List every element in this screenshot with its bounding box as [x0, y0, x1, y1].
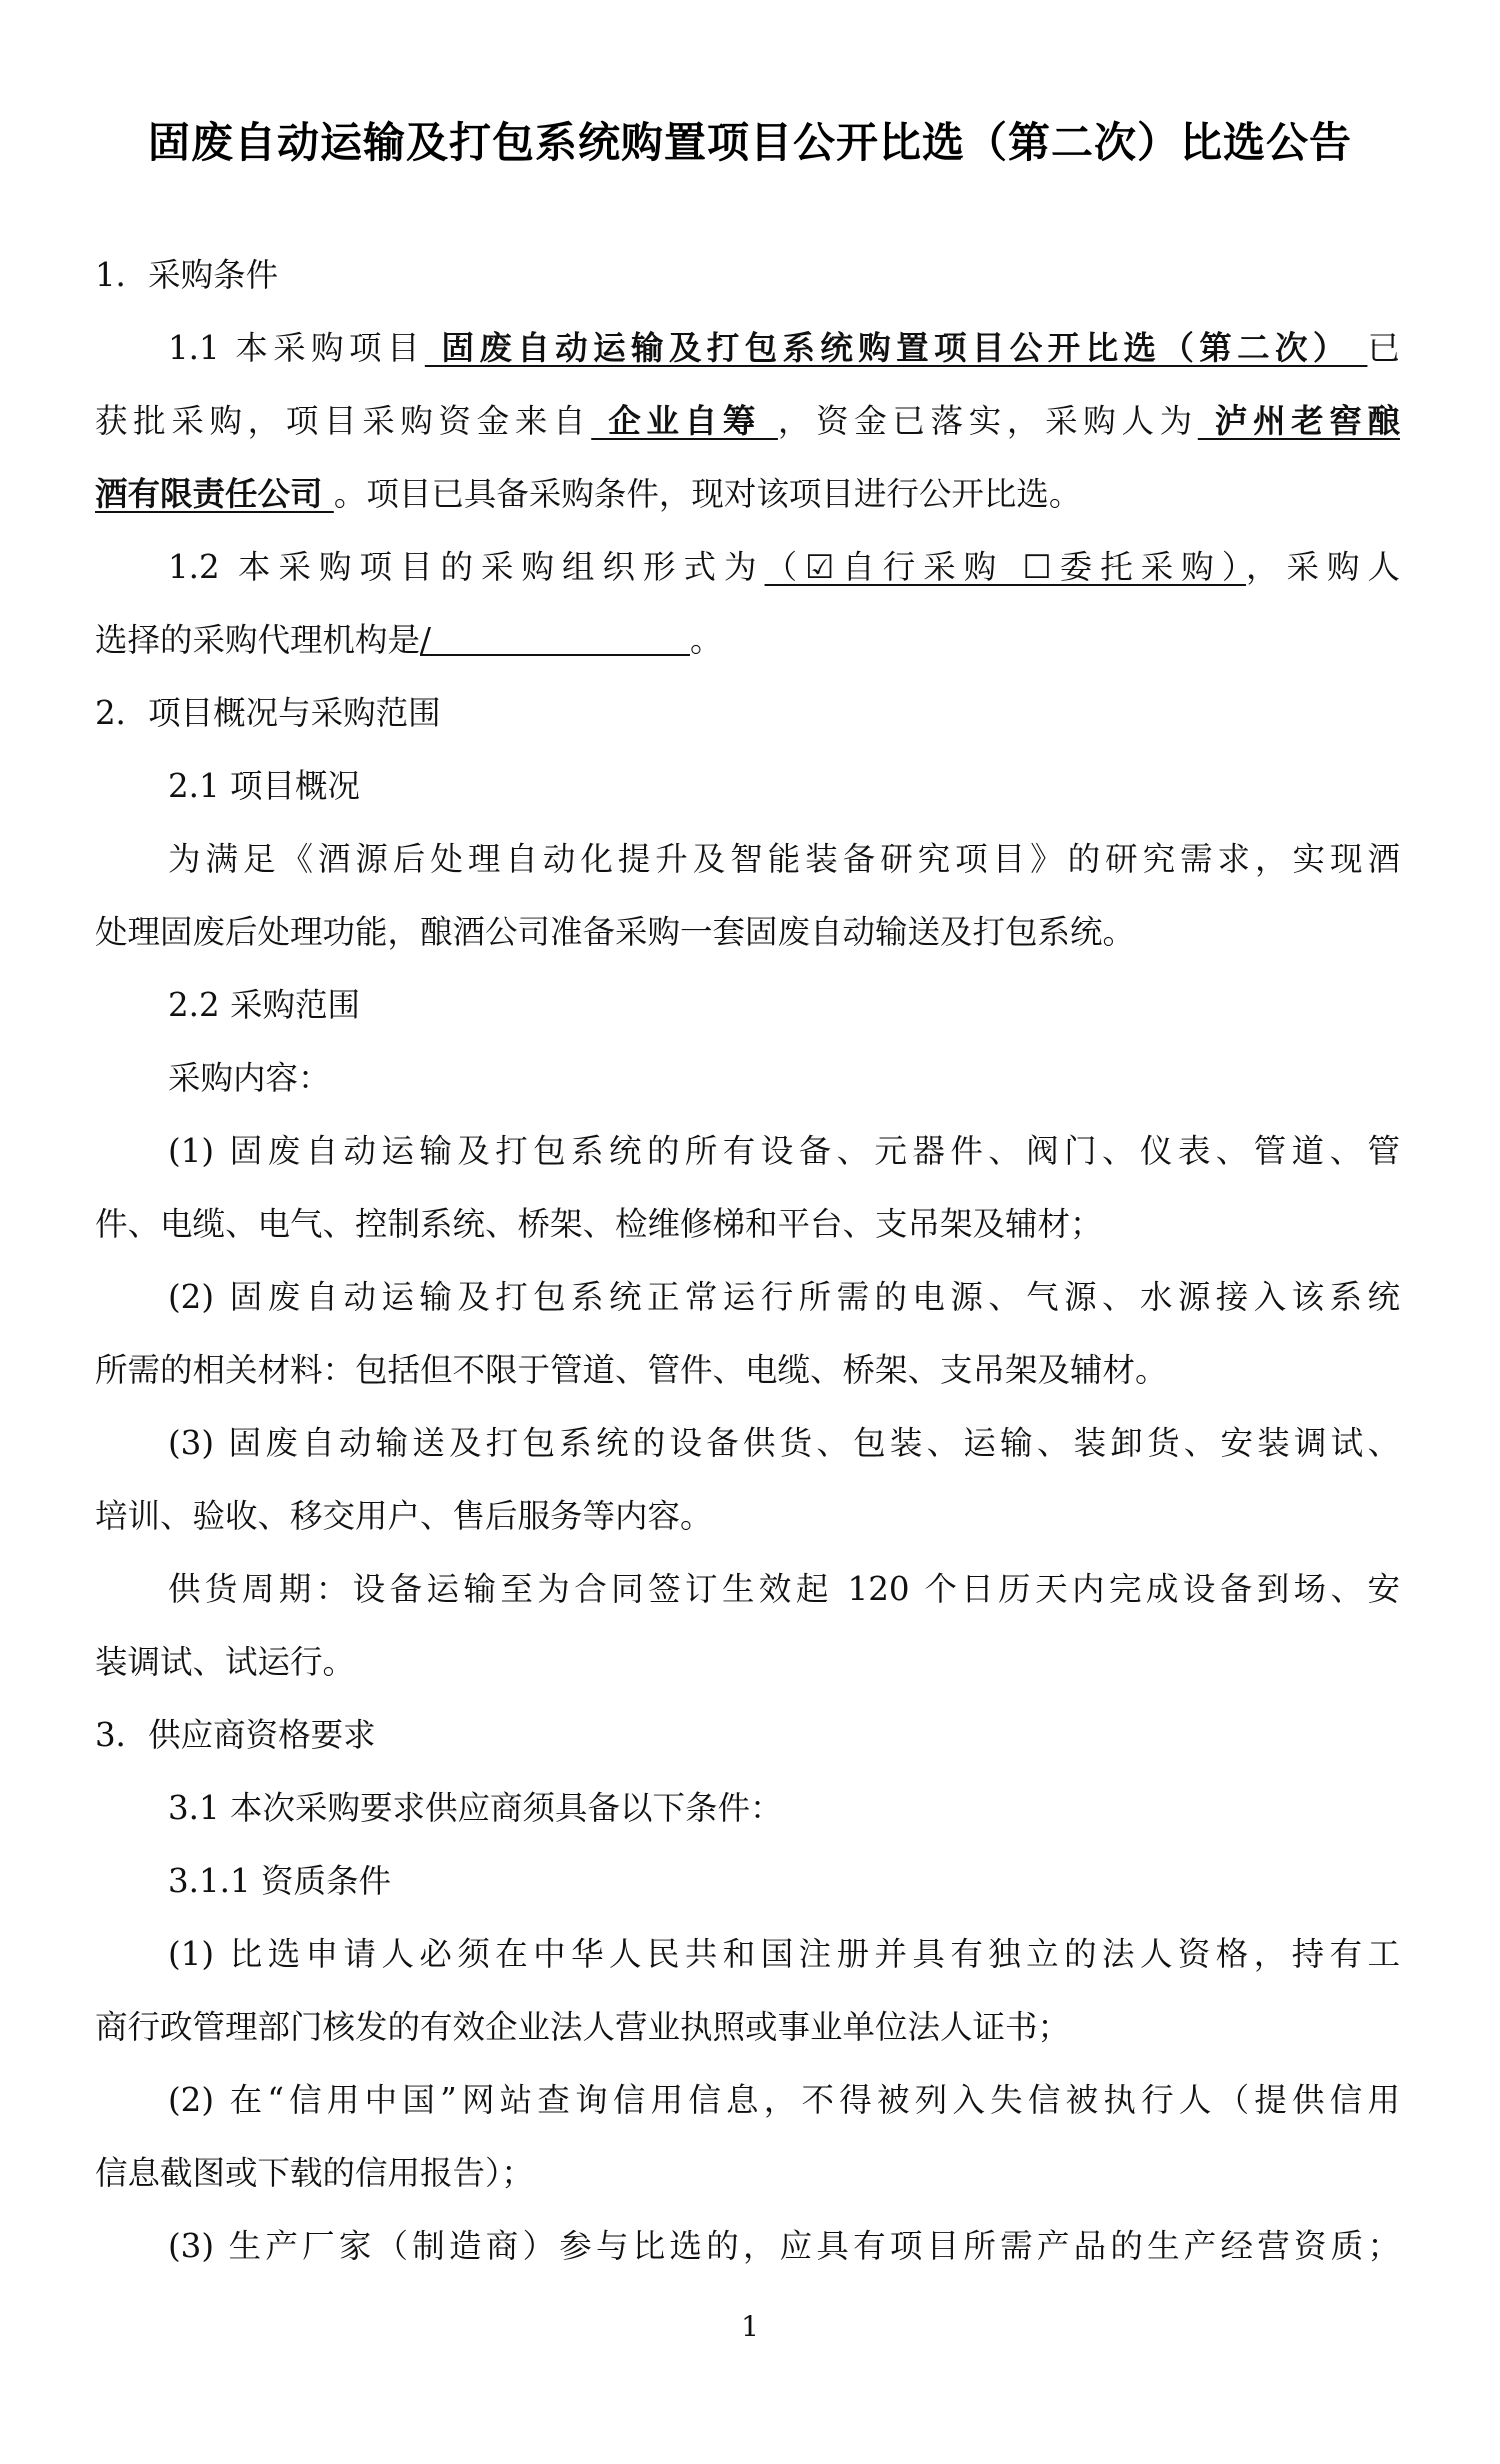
project-name-field: 固废自动运输及打包系统购置项目公开比选（第二次）	[425, 329, 1368, 367]
scope-item-1-line2: 件、电缆、电气、控制系统、桥架、检维修梯和平台、支吊架及辅材；	[95, 1202, 1400, 1246]
subheading-3-1-1: 3.1.1 资质条件	[168, 1859, 1400, 1903]
scope-item-3-line1: (3) 固废自动输送及打包系统的设备供货、包装、运输、装卸货、安装调试、	[168, 1421, 1400, 1465]
paragraph-1-1-line2: 获批采购，项目采购资金来自 企业自筹 ，资金已落实，采购人为 泸州老窖酿	[95, 399, 1400, 443]
subheading-2-1: 2.1 项目概况	[168, 764, 1400, 808]
scope-item-2-line2: 所需的相关材料：包括但不限于管道、管件、电缆、桥架、支吊架及辅材。	[95, 1348, 1400, 1392]
scope-item-3-line2: 培训、验收、移交用户、售后服务等内容。	[95, 1494, 1400, 1538]
content-label: 采购内容：	[168, 1056, 1400, 1100]
text: ，资金已落实，采购人为	[778, 402, 1198, 440]
delivery-period-line1: 供货周期：设备运输至为合同签订生效起 120 个日历天内完成设备到场、安	[168, 1567, 1400, 1611]
text: 选择的采购代理机构是	[95, 621, 420, 659]
section-heading-3: 3．供应商资格要求	[95, 1713, 1400, 1757]
section-heading-2: 2．项目概况与采购范围	[95, 691, 1400, 735]
paragraph-1-2-line2: 选择的采购代理机构是/。	[95, 618, 1400, 662]
qualification-item-1-line1: (1) 比选申请人必须在中华人民共和国注册并具有独立的法人资格，持有工	[168, 1932, 1400, 1976]
text: 已	[1367, 329, 1400, 367]
section-heading-1: 1．采购条件	[95, 253, 1400, 297]
subheading-2-2: 2.2 采购范围	[168, 983, 1400, 1027]
paragraph-1-1-line1: 1.1 本采购项目 固废自动运输及打包系统购置项目公开比选（第二次） 已	[168, 326, 1400, 370]
paragraph-1-2-line1: 1.2 本采购项目的采购组织形式为（☑自行采购 ☐委托采购），采购人	[168, 545, 1400, 589]
text: 获批采购，项目采购资金来自	[95, 402, 591, 440]
qualification-item-1-line2: 商行政管理部门核发的有效企业法人营业执照或事业单位法人证书；	[95, 2005, 1400, 2049]
qualification-item-2-line2: 信息截图或下载的信用报告）；	[95, 2151, 1400, 2195]
agency-field: /	[420, 618, 690, 656]
purchaser-field-cont: 酒有限责任公司	[95, 475, 334, 513]
text: ，采购人	[1246, 548, 1400, 586]
text: 1.1 本采购项目	[168, 329, 425, 367]
delivery-period-line2: 装调试、试运行。	[95, 1640, 1400, 1684]
qualification-item-2-line1: (2) 在“信用中国”网站查询信用信息，不得被列入失信被执行人（提供信用	[168, 2078, 1400, 2122]
document-title: 固废自动运输及打包系统购置项目公开比选（第二次）比选公告	[0, 110, 1500, 170]
scope-item-1-line1: (1) 固废自动运输及打包系统的所有设备、元器件、阀门、仪表、管道、管	[168, 1129, 1400, 1173]
procurement-form-options: （☑自行采购 ☐委托采购）	[765, 548, 1246, 586]
text: 1.2 本采购项目的采购组织形式为	[168, 548, 765, 586]
fund-source-field: 企业自筹	[591, 402, 778, 440]
text: 。	[690, 621, 723, 659]
overview-line1: 为满足《酒源后处理自动化提升及智能装备研究项目》的研究需求，实现酒	[168, 837, 1400, 881]
document-page: 固废自动运输及打包系统购置项目公开比选（第二次）比选公告 1．采购条件 1.1 …	[0, 0, 1500, 2464]
paragraph-1-1-line3: 酒有限责任公司 。项目已具备采购条件，现对该项目进行公开比选。	[95, 472, 1400, 516]
overview-line2: 处理固废后处理功能，酿酒公司准备采购一套固废自动输送及打包系统。	[95, 910, 1400, 954]
scope-item-2-line1: (2) 固废自动运输及打包系统正常运行所需的电源、气源、水源接入该系统	[168, 1275, 1400, 1319]
qualification-item-3-line1: (3) 生产厂家（制造商）参与比选的，应具有项目所需产品的生产经营资质；	[168, 2224, 1400, 2268]
subheading-3-1: 3.1 本次采购要求供应商须具备以下条件：	[168, 1786, 1400, 1830]
page-number: 1	[0, 2310, 1500, 2343]
text: 。项目已具备采购条件，现对该项目进行公开比选。	[334, 475, 1082, 513]
purchaser-field: 泸州老窖酿	[1198, 402, 1400, 440]
